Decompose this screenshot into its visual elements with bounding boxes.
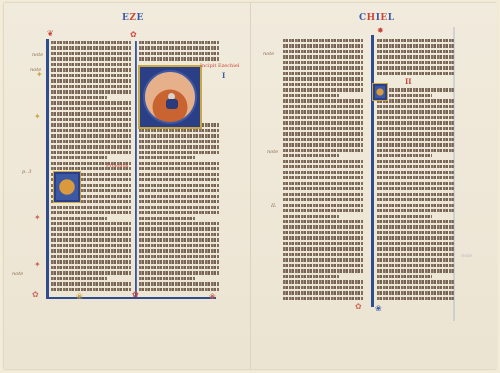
margin-note: note bbox=[12, 271, 23, 277]
script-line bbox=[377, 280, 455, 283]
script-line bbox=[377, 88, 455, 91]
script-line bbox=[377, 72, 455, 75]
script-line bbox=[283, 220, 363, 223]
script-line bbox=[377, 149, 455, 152]
script-line bbox=[283, 291, 363, 294]
script-line bbox=[377, 198, 455, 201]
script-line bbox=[139, 184, 219, 187]
right-page: CHIEL ✸ ✿ ❀ II note note IL note bbox=[250, 3, 497, 369]
script-line bbox=[377, 204, 455, 207]
script-line bbox=[139, 151, 219, 154]
running-header-left: EZE bbox=[122, 13, 144, 23]
script-line bbox=[51, 129, 131, 132]
text-column-4 bbox=[377, 39, 455, 302]
script-line bbox=[139, 217, 195, 220]
script-line bbox=[377, 110, 455, 113]
script-line bbox=[377, 44, 455, 47]
script-line bbox=[377, 116, 455, 119]
script-line bbox=[139, 145, 219, 148]
script-line bbox=[283, 165, 363, 168]
script-line bbox=[377, 258, 455, 261]
faded-border bbox=[453, 27, 455, 321]
script-line bbox=[377, 242, 455, 245]
script-line bbox=[283, 143, 363, 146]
script-line bbox=[51, 211, 131, 214]
script-line bbox=[283, 121, 363, 124]
script-line bbox=[283, 253, 363, 256]
script-line bbox=[283, 138, 363, 141]
script-line bbox=[377, 154, 432, 157]
script-line bbox=[283, 209, 363, 212]
script-line bbox=[283, 171, 363, 174]
script-line bbox=[139, 282, 219, 285]
script-line bbox=[51, 238, 131, 241]
script-line bbox=[283, 264, 363, 267]
script-line bbox=[139, 162, 219, 165]
script-line bbox=[377, 236, 455, 239]
rubric-prologus: Prologus bbox=[106, 163, 128, 169]
script-line bbox=[377, 55, 455, 58]
script-line bbox=[283, 176, 363, 179]
script-line bbox=[283, 269, 363, 272]
script-line bbox=[283, 280, 363, 283]
margin-note: note bbox=[267, 149, 278, 155]
script-line bbox=[377, 99, 455, 102]
script-line bbox=[283, 110, 363, 113]
script-line bbox=[51, 249, 131, 252]
script-line bbox=[283, 225, 363, 228]
script-line bbox=[139, 271, 219, 274]
flourish-icon: ✦ bbox=[34, 261, 41, 269]
script-line bbox=[51, 227, 131, 230]
script-line bbox=[139, 211, 219, 214]
border-bar-middle bbox=[135, 41, 137, 297]
script-line bbox=[377, 160, 455, 163]
script-line bbox=[139, 222, 219, 225]
flourish-icon: ✿ bbox=[132, 291, 139, 299]
script-line bbox=[377, 165, 455, 168]
script-line bbox=[283, 66, 363, 69]
flourish-icon: ✦ bbox=[34, 113, 41, 121]
script-line bbox=[283, 198, 363, 201]
script-line bbox=[283, 39, 363, 42]
flourish-icon: ✿ bbox=[130, 31, 137, 39]
script-line bbox=[51, 96, 107, 99]
script-line bbox=[139, 52, 219, 55]
script-line bbox=[377, 171, 455, 174]
script-line bbox=[51, 134, 131, 137]
script-line bbox=[51, 255, 131, 258]
script-line bbox=[139, 249, 219, 252]
script-line bbox=[51, 46, 131, 49]
script-line bbox=[283, 105, 363, 108]
script-line bbox=[283, 193, 363, 196]
script-line bbox=[377, 39, 455, 42]
script-line bbox=[283, 258, 363, 261]
script-line bbox=[139, 134, 219, 137]
script-line bbox=[283, 187, 363, 190]
script-line bbox=[377, 220, 455, 223]
script-line bbox=[377, 61, 455, 64]
script-line bbox=[283, 55, 363, 58]
script-line bbox=[139, 227, 219, 230]
margin-note: note bbox=[30, 67, 41, 73]
flourish-icon: ❦ bbox=[47, 30, 54, 38]
script-line bbox=[51, 74, 131, 77]
script-line bbox=[51, 145, 131, 148]
script-line bbox=[283, 149, 363, 152]
margin-note: IL bbox=[271, 203, 276, 209]
flourish-icon: ❀ bbox=[76, 293, 83, 301]
chapter-mark: II bbox=[405, 77, 412, 86]
script-line bbox=[139, 238, 219, 241]
margin-note: p. 3 bbox=[22, 169, 32, 175]
script-line bbox=[283, 44, 363, 47]
flourish-icon: ✦ bbox=[34, 214, 41, 222]
flourish-icon: ✿ bbox=[355, 303, 362, 311]
script-line bbox=[139, 288, 219, 291]
border-bar-middle-right bbox=[371, 35, 374, 307]
script-line bbox=[283, 182, 363, 185]
script-line bbox=[51, 41, 131, 44]
script-line bbox=[377, 247, 455, 250]
script-line bbox=[139, 46, 219, 49]
script-line bbox=[139, 260, 219, 263]
manuscript-bifolium: EZE ❦ ✿ ✿ ❀ ✿ ❀ ✦ ✦ ✦ ✦ Incipit Ezechiel… bbox=[4, 3, 496, 369]
script-line bbox=[51, 107, 131, 110]
script-line bbox=[51, 118, 131, 121]
script-line bbox=[283, 160, 363, 163]
script-line bbox=[377, 297, 455, 300]
script-line bbox=[139, 233, 219, 236]
script-line bbox=[51, 217, 107, 220]
script-line bbox=[377, 269, 455, 272]
script-line bbox=[51, 222, 131, 225]
flourish-icon: ✿ bbox=[32, 291, 39, 299]
running-header-right: CHIEL bbox=[359, 13, 395, 23]
script-line bbox=[283, 83, 363, 86]
decorated-initial-small bbox=[372, 83, 388, 101]
script-line bbox=[377, 253, 455, 256]
script-line bbox=[51, 79, 131, 82]
script-line bbox=[139, 244, 219, 247]
script-line bbox=[283, 275, 339, 278]
script-line bbox=[377, 231, 455, 234]
script-line bbox=[139, 195, 219, 198]
script-line bbox=[139, 255, 219, 258]
script-line bbox=[139, 129, 219, 132]
script-line bbox=[139, 173, 219, 176]
script-line bbox=[283, 286, 363, 289]
script-line bbox=[377, 193, 455, 196]
script-line bbox=[283, 77, 363, 80]
script-line bbox=[139, 167, 219, 170]
script-line bbox=[139, 189, 219, 192]
script-line bbox=[377, 291, 455, 294]
script-line bbox=[283, 99, 363, 102]
script-line bbox=[51, 101, 131, 104]
script-line bbox=[377, 50, 455, 53]
script-line bbox=[139, 266, 219, 269]
script-line bbox=[283, 61, 363, 64]
script-line bbox=[51, 90, 131, 93]
flourish-icon: ❀ bbox=[375, 305, 382, 313]
script-line bbox=[51, 206, 131, 209]
script-line bbox=[139, 41, 219, 44]
historiated-initial bbox=[138, 65, 202, 129]
script-line bbox=[377, 286, 455, 289]
left-page: EZE ❦ ✿ ✿ ❀ ✿ ❀ ✦ ✦ ✦ ✦ Incipit Ezechiel… bbox=[4, 3, 250, 369]
script-line bbox=[377, 105, 455, 108]
script-line bbox=[377, 275, 432, 278]
script-line bbox=[377, 209, 455, 212]
script-line bbox=[377, 182, 455, 185]
margin-note: note bbox=[263, 51, 274, 57]
script-line bbox=[283, 236, 363, 239]
script-line bbox=[51, 282, 131, 285]
script-line bbox=[283, 88, 363, 91]
script-line bbox=[51, 266, 131, 269]
script-line bbox=[51, 112, 131, 115]
script-line bbox=[139, 178, 219, 181]
script-line bbox=[51, 85, 131, 88]
script-line bbox=[51, 156, 107, 159]
script-line bbox=[51, 151, 131, 154]
flourish-icon: ❀ bbox=[209, 293, 216, 301]
script-line bbox=[51, 123, 131, 126]
script-line bbox=[51, 244, 131, 247]
script-line bbox=[139, 156, 195, 159]
script-line bbox=[283, 50, 363, 53]
text-column-3 bbox=[283, 39, 363, 302]
script-line bbox=[283, 204, 363, 207]
script-line bbox=[283, 94, 339, 97]
script-line bbox=[139, 206, 219, 209]
script-line bbox=[51, 271, 131, 274]
chapter-mark: I bbox=[222, 71, 225, 80]
script-line bbox=[283, 154, 339, 157]
script-line bbox=[377, 132, 455, 135]
script-line bbox=[139, 140, 219, 143]
script-line bbox=[283, 72, 363, 75]
script-line bbox=[51, 52, 131, 55]
script-line bbox=[377, 138, 455, 141]
script-line bbox=[283, 215, 339, 218]
script-line bbox=[283, 127, 363, 130]
script-line bbox=[377, 187, 455, 190]
script-line bbox=[377, 225, 455, 228]
script-line bbox=[51, 68, 131, 71]
script-line bbox=[51, 288, 131, 291]
script-line bbox=[51, 57, 131, 60]
script-line bbox=[283, 297, 363, 300]
bottom-vine-border bbox=[46, 297, 216, 299]
margin-note: note bbox=[461, 253, 472, 259]
script-line bbox=[377, 264, 455, 267]
margin-note: note bbox=[32, 52, 43, 58]
script-line bbox=[51, 277, 107, 280]
script-line bbox=[283, 116, 363, 119]
script-line bbox=[283, 247, 363, 250]
script-line bbox=[139, 57, 219, 60]
script-line bbox=[51, 260, 131, 263]
script-line bbox=[51, 63, 131, 66]
rubric-incipit: Incipit Ezechiel bbox=[200, 63, 239, 69]
script-line bbox=[51, 233, 131, 236]
script-line bbox=[377, 215, 432, 218]
figure-robe bbox=[166, 99, 178, 109]
script-line bbox=[377, 66, 455, 69]
script-line bbox=[377, 121, 455, 124]
border-bar-left bbox=[46, 39, 49, 297]
script-line bbox=[283, 132, 363, 135]
decorated-initial bbox=[53, 171, 81, 203]
script-line bbox=[139, 277, 195, 280]
script-line bbox=[139, 200, 219, 203]
script-line bbox=[283, 231, 363, 234]
script-line bbox=[377, 176, 455, 179]
script-line bbox=[377, 127, 455, 130]
script-line bbox=[283, 242, 363, 245]
flourish-icon: ✸ bbox=[377, 27, 384, 35]
script-line bbox=[377, 143, 455, 146]
script-line bbox=[51, 140, 131, 143]
